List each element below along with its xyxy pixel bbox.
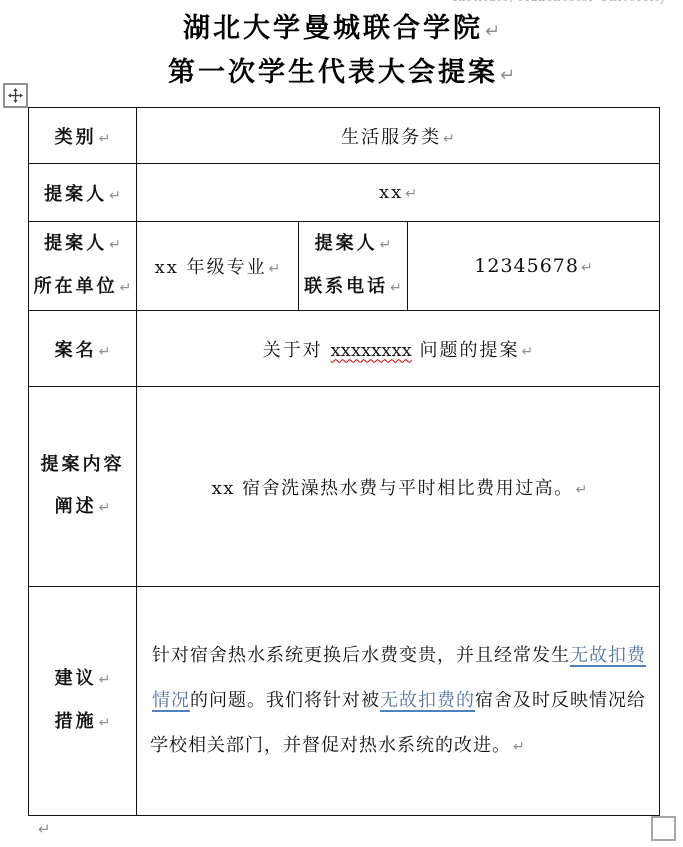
return-mark-icon: ↵ bbox=[38, 820, 51, 838]
case-name-flagged-text: xxxxxxxx bbox=[331, 340, 412, 361]
document-title-line2[interactable]: 第一次学生代表大会提案↵ bbox=[0, 52, 683, 96]
proposer-unit-label-cell[interactable]: 提案人↵ 所在单位↵ bbox=[29, 222, 137, 311]
table-row: 提案内容 阐述↵ xx 宿舍洗澡热水费与平时相比费用过高。↵ bbox=[29, 387, 660, 587]
letterhead-text: Institute, Manchester University bbox=[453, 0, 667, 4]
suggestion-text-1: 针对宿舍热水系统更换后水费变贵，并且经常发生 bbox=[152, 645, 570, 666]
return-mark-icon: ↵ bbox=[576, 482, 588, 498]
proposer-unit-value: xx 年级专业 bbox=[155, 257, 267, 278]
proposer-phone-label-line2: 联系电话 bbox=[304, 276, 388, 297]
category-value-cell[interactable]: 生活服务类↵ bbox=[137, 108, 660, 164]
return-mark-icon: ↵ bbox=[500, 65, 515, 86]
suggestion-text-2: 的问题。我们将针对被 bbox=[190, 690, 380, 711]
table-resize-handle[interactable] bbox=[651, 816, 676, 841]
return-mark-icon: ↵ bbox=[405, 186, 417, 202]
proposer-value: xx bbox=[379, 182, 403, 203]
proposer-value-cell[interactable]: xx↵ bbox=[137, 164, 660, 222]
proposer-unit-label-line1: 提案人 bbox=[44, 233, 107, 254]
proposer-phone-label-cell[interactable]: 提案人↵ 联系电话↵ bbox=[299, 222, 408, 311]
case-name-prefix: 关于对 bbox=[263, 340, 331, 361]
case-name-value-cell[interactable]: 关于对 xxxxxxxx 问题的提案↵ bbox=[137, 311, 660, 387]
suggestion-value-cell[interactable]: 针对宿舍热水系统更换后水费变贵，并且经常发生无故扣费情况的问题。我们将针对被无故… bbox=[137, 587, 660, 816]
letterhead-clipped: Institute, Manchester University bbox=[453, 0, 667, 5]
table-move-handle[interactable] bbox=[3, 83, 28, 108]
return-mark-icon: ↵ bbox=[109, 188, 121, 204]
return-mark-icon: ↵ bbox=[120, 280, 132, 296]
move-arrows-icon bbox=[8, 88, 23, 103]
return-mark-icon: ↵ bbox=[99, 672, 111, 688]
return-mark-icon: ↵ bbox=[269, 261, 281, 277]
proposal-table: 类别↵ 生活服务类↵ 提案人↵ xx↵ 提案人↵ 所在单位↵ xx 年级专业↵ … bbox=[28, 107, 660, 816]
suggestion-label-line1: 建议 bbox=[55, 668, 97, 689]
proposer-phone-value: 12345678 bbox=[474, 255, 579, 277]
title-line2-text: 第一次学生代表大会提案 bbox=[168, 57, 498, 88]
title-line1-text: 湖北大学曼城联合学院 bbox=[183, 13, 483, 44]
table-row: 类别↵ 生活服务类↵ bbox=[29, 108, 660, 164]
proposer-unit-value-cell[interactable]: xx 年级专业↵ bbox=[137, 222, 299, 311]
category-value: 生活服务类 bbox=[341, 127, 441, 148]
content-label-cell[interactable]: 提案内容 阐述↵ bbox=[29, 387, 137, 587]
category-label: 类别 bbox=[55, 127, 97, 148]
case-name-label: 案名 bbox=[55, 340, 97, 361]
content-label-line2: 阐述 bbox=[55, 496, 97, 517]
return-mark-icon: ↵ bbox=[390, 280, 402, 296]
table-row: 提案人↵ xx↵ bbox=[29, 164, 660, 222]
return-mark-icon: ↵ bbox=[99, 344, 111, 360]
return-mark-icon: ↵ bbox=[485, 21, 500, 42]
proposer-phone-label-line1: 提案人 bbox=[315, 233, 378, 254]
proposer-label: 提案人 bbox=[44, 184, 107, 205]
return-mark-icon: ↵ bbox=[513, 739, 525, 755]
return-mark-icon: ↵ bbox=[99, 715, 111, 731]
return-mark-icon: ↵ bbox=[581, 260, 593, 276]
proposer-phone-value-cell[interactable]: 12345678↵ bbox=[408, 222, 660, 311]
return-mark-icon: ↵ bbox=[521, 344, 533, 360]
return-mark-icon: ↵ bbox=[443, 131, 455, 147]
table-row: 建议↵ 措施↵ 针对宿舍热水系统更换后水费变贵，并且经常发生无故扣费情况的问题。… bbox=[29, 587, 660, 816]
return-mark-icon: ↵ bbox=[380, 237, 392, 253]
suggestion-label-cell[interactable]: 建议↵ 措施↵ bbox=[29, 587, 137, 816]
proposer-label-cell[interactable]: 提案人↵ bbox=[29, 164, 137, 222]
table-row: 案名↵ 关于对 xxxxxxxx 问题的提案↵ bbox=[29, 311, 660, 387]
document-title: 湖北大学曼城联合学院↵ 第一次学生代表大会提案↵ bbox=[0, 8, 683, 96]
case-name-label-cell[interactable]: 案名↵ bbox=[29, 311, 137, 387]
return-mark-icon: ↵ bbox=[99, 500, 111, 516]
case-name-suffix: 问题的提案 bbox=[412, 340, 520, 361]
proposer-unit-label-line2: 所在单位 bbox=[34, 276, 118, 297]
content-value: xx 宿舍洗澡热水费与平时相比费用过高。 bbox=[212, 478, 574, 499]
document-title-line1[interactable]: 湖北大学曼城联合学院↵ bbox=[0, 8, 683, 52]
return-mark-icon: ↵ bbox=[109, 237, 121, 253]
suggestion-label-line2: 措施 bbox=[55, 711, 97, 732]
content-value-cell[interactable]: xx 宿舍洗澡热水费与平时相比费用过高。↵ bbox=[137, 387, 660, 587]
category-label-cell[interactable]: 类别↵ bbox=[29, 108, 137, 164]
return-mark-icon: ↵ bbox=[99, 131, 111, 147]
document-page: { "letterhead": { "clipped_text": "Insti… bbox=[0, 0, 683, 847]
content-label-line1: 提案内容 bbox=[41, 454, 125, 475]
table-row: 提案人↵ 所在单位↵ xx 年级专业↵ 提案人↵ 联系电话↵ 12345678↵ bbox=[29, 222, 660, 311]
suggestion-underlined-2: 无故扣费的 bbox=[380, 690, 475, 711]
